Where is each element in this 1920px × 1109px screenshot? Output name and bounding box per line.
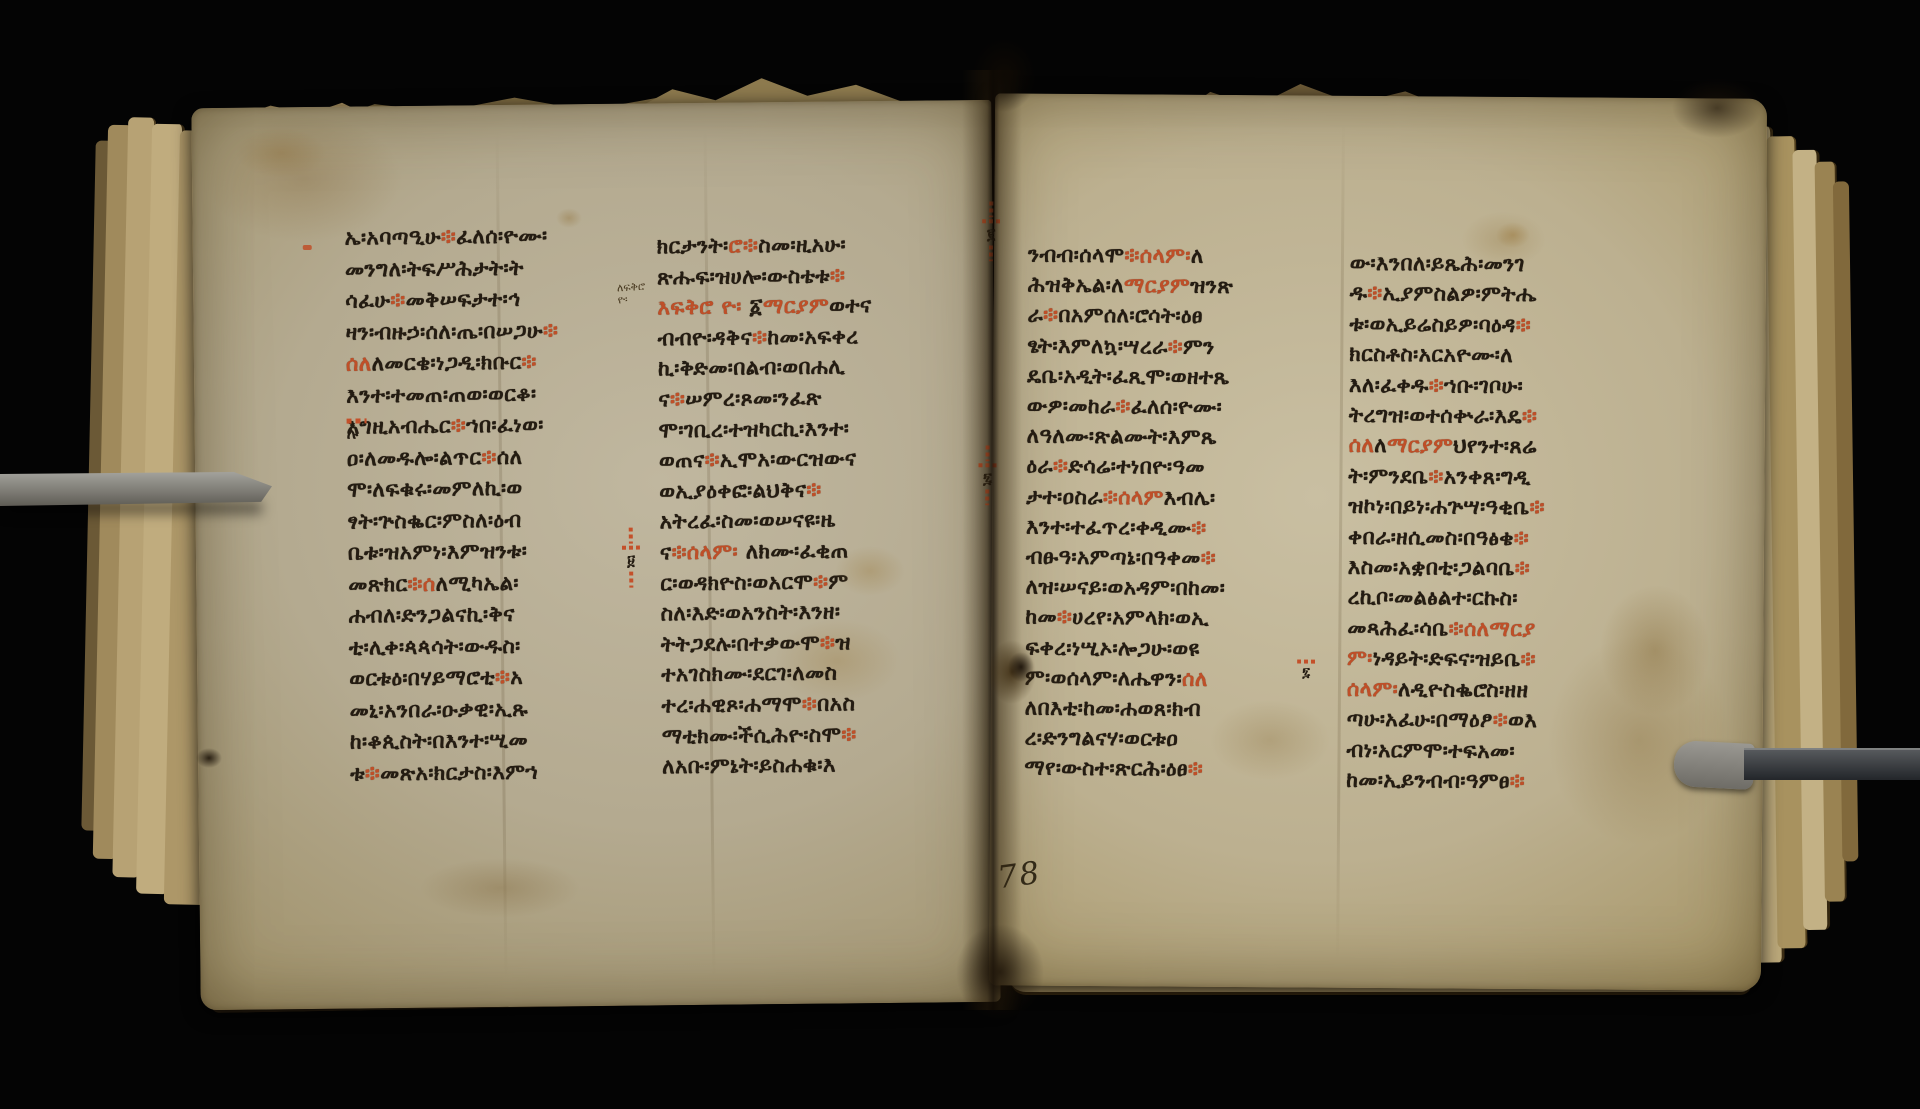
text-segment: በአምሰለ፡ሮሳት፡ዕፀ [1058,303,1203,328]
text-line: ከመ፡ኢይንብብ፡ዓምፀ፨ [1346,765,1650,798]
text-line: እለ፡ፈቀዱ፨ኀቡ፡ገቦሁ፡ [1349,369,1653,402]
ornament-glyph: ፯ [1302,665,1310,680]
text-line: ስለ፡እድ፡ወአንስት፡እንዘ፡ [660,595,954,629]
text-segment: ት፡ምንደቤ [1348,464,1428,489]
red-dotted-bar [629,572,633,588]
rubric-text-segment: ፨ሰ [407,571,435,595]
text-segment: ራ [1027,303,1043,327]
text-segment: ኤ፡አባጣዒሁ [345,225,442,250]
text-line: ሰለለማርያምህየንተ፡ጸሬ [1349,430,1653,463]
text-segment: ክርስቶስ፡አርአዮሙ፡ለ [1349,342,1513,367]
text-segment: መኒ፡አንበራ፡ዑቃዊ፡ኢጹ [349,696,528,722]
text-segment: ታተ፡ዐስራ [1026,484,1103,509]
text-segment: ዝኮነ፡በይነ፡ሐጕሣ፡ዓቂቤ [1348,494,1530,519]
text-line: ተረ፡ሐዊጾ፡ሐማሞ፨በአስ [661,687,955,721]
text-segment: ዕራ [1026,454,1053,478]
text-segment: መጻሕፈ፡ሳቤ [1347,616,1448,641]
rubric-text-segment: ፨ [1493,708,1508,732]
text-line: ብብዮ፡ዳቅና፨ከመ፡አፍቀረ [658,320,952,354]
text-segment: ቤቱ፡ዝአምነ፡እምዝንቱ፡ [348,539,528,565]
gutter-shadow-bottom [956,924,1044,1020]
text-segment: ተአገስክሙ፡ደርገ፡ለመስ [661,661,837,687]
rubric-text-segment: ፨ [1053,454,1068,478]
rubric-text-segment: ፨ [1201,546,1216,570]
text-line: መንግለ፡ትፍሥሕታት፡ት [345,251,645,286]
text-line: መኒ፡አንበራ፡ዑቃዊ፡ኢጹ [349,692,649,727]
text-segment: ዴቤ፡አዲት፡ፈጺሞ፡ወዘተጼ [1027,363,1229,388]
red-dotted-arms [622,546,640,550]
text-line: ትትጋደሉ፡በተቃውሞ፨ዝ [661,626,955,660]
text-segment: ሕዝቅኤል፡ለ [1028,273,1124,298]
text-segment: እብሌ፡ [1164,485,1216,509]
text-segment: ረ፡ድንግልናሃ፡ወርቱዐ [1025,726,1179,751]
rubric-text-segment: ፨ [1168,334,1183,358]
rubric-text-segment: ፨ [806,477,822,501]
rubric-text-segment: ፨ [830,263,846,287]
text-line: ውዎ፡መከራ፨ፈለሰ፡ዮሙ፡ [1027,391,1319,423]
text-segment: ንብብ፡ሰላሞ [1028,243,1125,268]
text-segment: ለዲዮስቈሮስ፡ዘዘ [1398,677,1529,702]
rubric-text-segment: ፨ [1522,404,1537,428]
text-line: ማቲክሙ፡ችሲሕዮ፡ስሞ፨ [662,718,956,752]
text-segment: ም [828,569,848,593]
text-segment: ወእ [1508,708,1537,732]
text-line: ሳፈሁ፨መቅሠፍታተ፡ኅ [345,282,645,317]
text-segment: ከመ [1025,605,1057,629]
margin-mark-glyph: ሉ [347,423,367,443]
text-line: መጻሕፈ፡ሳቤ፨ሰለማርያ [1347,613,1651,646]
text-segment: እንተ፡ተፈጥረ፡ቀዲሙ [1026,514,1191,539]
text-line: ረ፡ድንግልናሃ፡ወርቱዐ [1025,723,1317,755]
text-line: ዛን፡ብዙኃ፡ሰለ፡ጤ፡በሠጋሁ፨ [345,314,645,349]
text-segment: ረኪቦ፡መልፅልተ፡ርኩስ፡ [1348,585,1518,610]
rubric-text-segment: ፨ሰላም፡ [1124,243,1191,267]
text-line: ኤ፡አባጣዒሁ፨ፈለሰ፡ዮሙ፡ [345,219,645,254]
text-line: ቀበራ፡ዘሲመስ፡በዓፅቄ፨ [1348,521,1652,554]
text-segment: ሳፈሁ [345,288,390,312]
text-segment: ከመ፡ኢይንብብ፡ዓምፀ [1346,768,1510,793]
text-line: እንተ፡ተመጠ፡ጠወ፡ወርቆ፡ [346,377,646,412]
text-line: እንተ፡ተፈጥረ፡ቀዲሙ፨ [1026,511,1318,543]
text-segment: ቀበራ፡ዘሲመስ፡በዓፅቄ [1348,524,1514,549]
text-segment: ሞ፡ገቢረ፡ተዝካርኪ፡እንተ፡ [659,416,850,442]
text-segment: ቲ፡ሊቀ፡ጳጳሳት፡ውዱስ፡ [349,633,521,659]
text-line: ቲ፡ሊቀ፡ጳጳሳት፡ውዱስ፡ [349,629,649,664]
text-segment: ለዝ፡ሠናይ፡ወአዳም፡በከመ፡ [1026,575,1226,600]
rubric-text-segment: ፨ [670,387,686,411]
red-dotted-arms [982,219,1000,223]
text-line: ና፨ሰላም፡ ለክሙ፡ፈቂጠ [660,534,954,568]
text-segment: ዛን፡ብዙኃ፡ሰለ፡ጤ፡በሠጋሁ [346,318,544,344]
text-line: ሰለለመርቄ፡ነጋዲ፡ክቡር፨ [346,345,646,380]
text-line: ለዓለሙ፡ጽልሙት፡እምጼ [1027,421,1319,453]
text-segment: ለአቡ፡ምኔት፡ይስሐቁ፡እ [662,753,836,779]
text-segment: ለ [1191,244,1204,268]
text-segment: ኢሞአ፡ውርዝውና [720,446,857,471]
text-segment: ኀቡ፡ገቦሁ፡ [1444,373,1523,398]
text-segment: ስለ፡እድ፡ወአንስት፡እንዘ፡ [660,600,840,626]
text-line: እፍቅሮ ዮ፡ ፩ማርያምወተና [657,289,951,323]
text-line: ብነ፡አርምሞ፡ተፍአመ፡ [1346,734,1650,767]
rubric-text-segment: ፨ [1530,495,1545,519]
text-line: ዴቤ፡አዲት፡ፈጺሞ፡ወዘተጼ [1027,360,1319,392]
text-segment: ፩ [749,294,763,318]
text-line: ፄት፡እምለኳ፡ሣረራ፨ምን [1027,330,1319,362]
red-dotted-bar [989,245,993,261]
rubric-text-segment: ማርያም [1387,433,1453,457]
rubric-text-segment: ፨ሰላም፡ [671,539,745,564]
margin-mark: ሉ [347,418,367,443]
text-line: ክርስቶስ፡አርአዮሙ፡ለ [1349,339,1653,372]
text-line: ቱ፨መጽአ፡ክርታስ፡እምኀ [350,755,650,790]
rubric-text-segment: ፨ [1057,605,1072,629]
rubric-text-segment: ፨ [543,318,559,342]
text-segment: ብብዮ፡ዳቅና [658,325,753,350]
text-segment: ትትጋደሉ፡በተቃውሞ [661,630,820,656]
rubric-text-segment: ማርያም [763,294,829,319]
ornament-glyph: ፱ [627,552,635,570]
folio-number: 78 [995,855,1043,896]
rubric-text-segment: ፨ [1043,303,1058,327]
text-line: ለዝ፡ሠናይ፡ወአዳም፡በከመ፡ [1026,572,1318,604]
text-line: ሞ፡ገቢረ፡ተዝካርኪ፡እንተ፡ [659,412,953,446]
rubric-text-segment: ፨ [441,224,457,248]
text-line: እስመ፡አቋበቲ፡ጋልባቤ፨ [1348,552,1652,585]
rubric-text-segment: ፨ [1510,769,1525,793]
text-segment: እለ፡ፈቀዱ [1349,372,1429,397]
text-segment: ና [660,540,672,564]
rubric-text-segment: ሰለ [346,351,372,375]
text-line: ለአቡ፡ምኔት፡ይስሐቁ፡እ [662,748,956,782]
text-segment: ፍቀረ፡ነሢኦ፡ሎጋሁ፡ወዩ [1025,635,1200,660]
text-segment: መንግለ፡ትፍሥሕታት፡ት [345,255,524,281]
text-line: ከ፡ቆጲስት፡በእንተ፡ሢመ [350,723,650,758]
text-segment: ለሚካኤል፡ [436,570,520,595]
text-line: ወኢያዕቀፎ፡ልህቅና፨ [659,473,953,507]
text-line: ፍቀረ፡ነሢኦ፡ሎጋሁ፡ወዩ [1025,632,1317,664]
ornament-glyph: ፯ [983,469,992,487]
text-segment: ለዓለሙ፡ጽልሙት፡እምጼ [1027,424,1217,449]
red-dotted-arms [979,463,997,467]
text-line: ኪ፡ቅድመ፡በልብ፡ወበሐሊ [658,351,952,385]
text-line: ሰላም፡ለዲዮስቈሮስ፡ዘዘ [1347,673,1651,706]
rubric-text-segment: ፨ [495,665,511,689]
text-segment: ም፡ወሰላም፡ለሔዋን፡ [1025,665,1182,690]
rubric-text-segment: ፨ [1429,373,1444,397]
text-segment: ተረ፡ሐዊጾ፡ሐማሞ [661,692,802,717]
text-segment: እንተ፡ተመጠ፡ጠወ፡ወርቆ፡ [346,381,536,407]
text-segment: ው፡እንበለ፡ይጼሕ፡መንገ [1350,251,1525,276]
text-segment: ለመርቄ፡ነጋዲ፡ክቡር [371,350,521,376]
text-segment: ምን [1183,334,1215,358]
text-line: ዱ፨ኢያምስልዎ፡ምትሔ [1350,278,1654,311]
interlinear-gloss: ለፍቅሮ ዮ፡ [617,281,647,307]
photo-backdrop: ኤ፡አባጣዒሁ፨ፈለሰ፡ዮሙ፡መንግለ፡ትፍሥሕታት፡ትሳፈሁ፨መቅሠፍታተ፡ኅ… [0,0,1920,1109]
text-segment: ዝ [835,630,851,654]
ornament-glyph: ፪ [987,225,995,243]
rubric-text-segment: ፨ [1521,647,1536,671]
text-line: ከመ፨ሀረየ፡አምላክ፡ወኢ [1025,602,1317,634]
text-line: ወርቱዕ፡በሃይማሮቲ፨አ [349,660,649,695]
text-segment: አ [510,665,523,689]
text-line: ጽሑፍ፡ዝሀሎ፡ውስቴቱ፨ [657,259,951,293]
text-line: ረኪቦ፡መልፅልተ፡ርኩስ፡ [1348,582,1652,615]
rubric-text-segment: ፨ [813,569,829,593]
text-segment: ብነ፡አርምሞ፡ተፍአመ፡ [1346,737,1515,762]
text-line: ው፡እንበለ፡ይጼሕ፡መንገ [1350,248,1654,281]
gutter-stain-top [972,38,1036,112]
rubric-text-segment: ፨ [1191,516,1206,540]
red-dotted-bar [989,201,993,217]
text-segment: ፈለሰ፡ዮሙ፡ [1131,394,1222,419]
text-line: ፃት፡ጕስቈር፡ምስለ፡ዕብ [347,503,647,538]
text-line: ዝኮነ፡በይነ፡ሐጕሣ፡ዓቂቤ፨ [1348,491,1652,524]
text-segment: ዝንጽ [1190,274,1233,298]
text-segment: ለ [1374,433,1387,457]
text-segment: ፃት፡ጕስቈር፡ምስለ፡ዕብ [348,507,522,533]
rubric-text-segment: ፨ [841,722,857,746]
margin-ornament: ፱ [622,528,641,588]
rubric-text-segment: ፨ [1515,556,1530,580]
text-segment: መቅሠፍታተ፡ኅ [406,287,521,312]
text-column-4: ው፡እንበለ፡ይጼሕ፡መንገዱ፨ኢያምስልዎ፡ምትሔቱ፡ወኢይሬስይዎ፡ባዕዳ፨… [1346,248,1654,797]
text-line: ተአገስክሙ፡ደርገ፡ለመስ [661,657,955,691]
text-line: ታተ፡ዐስራ፨ሰላምእብሌ፡ [1026,481,1318,513]
left-bookmark-strap[interactable] [0,472,272,506]
text-segment: ሰለ [497,444,523,468]
text-segment: ውዎ፡መከራ [1027,394,1116,419]
right-bookmark-strap-tail[interactable] [1744,748,1920,780]
rubric-text-segment: ፨ [521,350,537,374]
red-dotted-bar [629,528,633,544]
text-column-2: ክርታንት፡ሮ፨ስመ፡ዚአሁ፡ጽሑፍ፡ዝሀሎ፡ውስቴቱ፨እፍቅሮ ዮ፡ ፩ማርያ… [657,228,957,782]
rubric-text-segment: ፨ [1188,757,1203,781]
text-segment: ቱ፡ወኢይሬስይዎ፡ባዕዳ [1349,312,1515,337]
text-line: ማየ፡ውስተ፡ጽርሕ፡ዕፀ፨ [1024,753,1316,785]
text-segment: ነዳይት፡ድፍና፡ዝይቤ [1373,646,1521,671]
text-segment: ትረግዝ፡ወተሰቍራ፡እዴ [1349,403,1522,428]
rubric-text-segment: ፨ [752,325,768,349]
text-segment: ብፁዓ፡አምጣኔ፡በዓቀመ [1026,545,1201,570]
text-segment: ፄት፡እምለኳ፡ሣረራ [1027,333,1168,358]
rubric-text-segment: ፨ [481,445,497,469]
text-segment: ሞ፡ለፍቁሩ፡መምለኪ፡ወ [347,476,523,502]
gloss-line: ዮ፡ [617,293,646,307]
text-line: ር፡ወዳክዮስ፡ወአርሞ፨ም [660,565,954,599]
text-segment: ህየንተ፡ጸሬ [1453,434,1537,459]
text-line: ጣሁ፡አፈሁ፡በማዕፆ፨ወእ [1347,704,1651,737]
text-column-1: ኤ፡አባጣዒሁ፨ፈለሰ፡ዮሙ፡መንግለ፡ትፍሥሕታት፡ትሳፈሁ፨መቅሠፍታተ፡ኅ… [345,219,651,789]
rubric-text-segment: ፨ [390,288,406,312]
red-dotted-bar [985,489,989,505]
text-segment: እስመ፡አቋበቲ፡ጋልባቤ [1348,555,1515,580]
text-segment: ኀበ፡ፈነወ፡ [466,413,544,438]
text-segment: ለክሙ፡ፈቂጠ [746,538,849,563]
text-segment: ስመ፡ዚአሁ፡ [758,232,846,257]
rubric-text-segment: ፨ [451,413,467,437]
rubric-text-segment: ፨ [705,448,721,472]
text-segment: ቱ [350,761,365,785]
text-line: ንብብ፡ሰላሞ፨ሰላም፡ለ [1028,240,1320,272]
text-segment: ሠምረ፡ጾመ፡ንፈጽ [685,386,822,411]
text-line: ቤቱ፡ዝአምነ፡እምዝንቱ፡ [348,534,648,569]
text-line: እግዚአብሔር፨ኀበ፡ፈነወ፡ [346,408,646,443]
text-column-3: ንብብ፡ሰላሞ፨ሰላም፡ለሕዝቅኤል፡ለማርያምዝንጽራ፨በአምሰለ፡ሮሳት፡ዕ… [1024,240,1320,786]
text-segment: ወጠና [659,448,705,472]
text-line: ቱ፡ወኢይሬስይዎ፡ባዕዳ፨ [1349,309,1653,342]
text-segment: መጽአ፡ክርታስ፡እምኀ [380,759,538,785]
gutter-ornament-top: ፪ [982,201,1000,261]
rubric-text-segment: ሮ፨ [728,233,758,257]
rubric-text-segment: ፨ [1428,464,1443,488]
text-segment: አንቀጸ፡ግዲ [1444,464,1531,489]
text-line: ለበእቲ፡ከመ፡ሐወጸ፡ክብ [1025,693,1317,725]
text-segment: ለበእቲ፡ከመ፡ሐወጸ፡ክብ [1025,696,1201,721]
text-segment: በአስ [817,691,855,715]
rubric-text-segment: ፨ [365,761,381,785]
text-segment: ሀረየ፡አምላክ፡ወኢ [1072,605,1209,630]
text-line: ዐ፡ለመዱሎ፡ልጥር፨ሰለ [347,440,647,475]
text-line: ራ፨በአምሰለ፡ሮሳት፡ዕፀ [1027,300,1319,332]
red-tick [303,245,312,250]
left-page[interactable]: ኤ፡አባጣዒሁ፨ፈለሰ፡ዮሙ፡መንግለ፡ትፍሥሕታት፡ትሳፈሁ፨መቅሠፍታተ፡ኅ… [191,100,1000,1010]
text-segment: ና [658,387,670,411]
text-segment: ሐብለ፡ድንጋልናኪ፡ቅና [348,602,514,628]
rubric-text-segment: ሰለ [1349,433,1375,457]
rubric-text-segment: ሰለ [1182,666,1208,690]
text-segment: ዱ [1350,281,1368,305]
right-page[interactable]: ንብብ፡ሰላሞ፨ሰላም፡ለሕዝቅኤል፡ለማርያምዝንጽራ፨በአምሰለ፡ሮሳት፡ዕ… [989,93,1767,990]
rubric-text-segment: ፨ [1514,526,1529,550]
text-segment: ማየ፡ውስተ፡ጽርሕ፡ዕፀ [1024,756,1188,781]
text-segment: ዐ፡ለመዱሎ፡ልጥር [347,445,482,470]
rubric-text-segment: ፨ሰለማርያ [1449,616,1536,641]
text-line: ሐብለ፡ድንጋልናኪ፡ቅና [348,597,648,632]
rubric-text-segment: ፨ [1367,281,1382,305]
text-line: ዕራ፨ድሳሬ፡ተነበዮ፡ዓመ [1026,451,1318,483]
page-crease [1336,122,1345,960]
text-line: ክርታንት፡ሮ፨ስመ፡ዚአሁ፡ [657,228,951,262]
text-segment: ወተና [829,293,872,317]
text-segment: ከመ፡አፍቀረ [767,324,858,349]
rubric-text-segment: ሰላም፡ [1347,676,1398,700]
text-line: ብፁዓ፡አምጣኔ፡በዓቀመ፨ [1026,542,1318,574]
text-segment: ር፡ወዳክዮስ፡ወአርሞ [660,569,813,595]
text-segment: ኢያምስልዎ፡ምትሔ [1383,281,1537,306]
text-line: ሕዝቅኤል፡ለማርያምዝንጽ [1028,270,1320,302]
text-segment: ጽሑፍ፡ዝሀሎ፡ውስቴቱ [657,263,830,289]
text-segment: መጽክር [348,571,408,596]
text-segment: አትረፈ፡ስመ፡ወሠናዩ፡ዜ [660,508,836,534]
red-dotted-arms [1297,659,1315,663]
gutter-ornament-mid: ፯ [978,445,996,505]
text-segment: ፈለሰ፡ዮሙ፡ [456,223,548,248]
column4-margin-mark: ፯ [1297,659,1315,680]
text-segment: ድሳሬ፡ተነበዮ፡ዓመ [1068,454,1205,479]
text-segment: ጣሁ፡አፈሁ፡በማዕፆ [1347,707,1493,732]
rubric-text-segment: ፨ [802,692,818,716]
text-segment: ኪ፡ቅድመ፡በልብ፡ወበሐሊ [658,355,845,381]
text-line: ት፡ምንደቤ፨አንቀጸ፡ግዲ [1348,461,1652,494]
rubric-text-segment: ፨ [1516,313,1531,337]
text-line: ም፡ወሰላም፡ለሔዋን፡ሰለ [1025,662,1317,694]
text-line: ትረግዝ፡ወተሰቍራ፡እዴ፨ [1349,400,1653,433]
text-segment: ክርታንት፡ [657,234,729,259]
text-line: መጽክር፨ሰለሚካኤል፡ [348,566,648,601]
text-line: ወጠና፨ኢሞአ፡ውርዝውና [659,442,953,476]
text-segment: ከ፡ቆጲስት፡በእንተ፡ሢመ [350,728,528,754]
rubric-text-segment: ፨ [1115,394,1130,418]
right-bookmark-strap-head[interactable] [1673,740,1755,790]
text-segment: ማቲክሙ፡ችሲሕዮ፡ስሞ [662,722,842,748]
rubric-text-segment: እፍቅሮ ዮ፡ [657,295,749,320]
text-line: አትረፈ፡ስመ፡ወሠናዩ፡ዜ [659,504,953,538]
rubric-text-segment: ፨ [820,630,836,654]
rubric-text-segment: ፨ሰላም [1103,485,1164,509]
text-line: ሞ፡ለፍቁሩ፡መምለኪ፡ወ [347,471,647,506]
rubric-text-segment: ም፡ [1347,646,1373,670]
text-segment: ወርቱዕ፡በሃይማሮቲ [349,665,495,691]
text-line: ም፡ነዳይት፡ድፍና፡ዝይቤ፨ [1347,643,1651,676]
text-segment: ወኢያዕቀፎ፡ልህቅና [659,478,806,504]
rubric-text-segment: ማርያም [1124,273,1190,297]
red-dotted-bar [986,445,990,461]
text-line: ና፨ሠምረ፡ጾመ፡ንፈጽ [658,381,952,415]
